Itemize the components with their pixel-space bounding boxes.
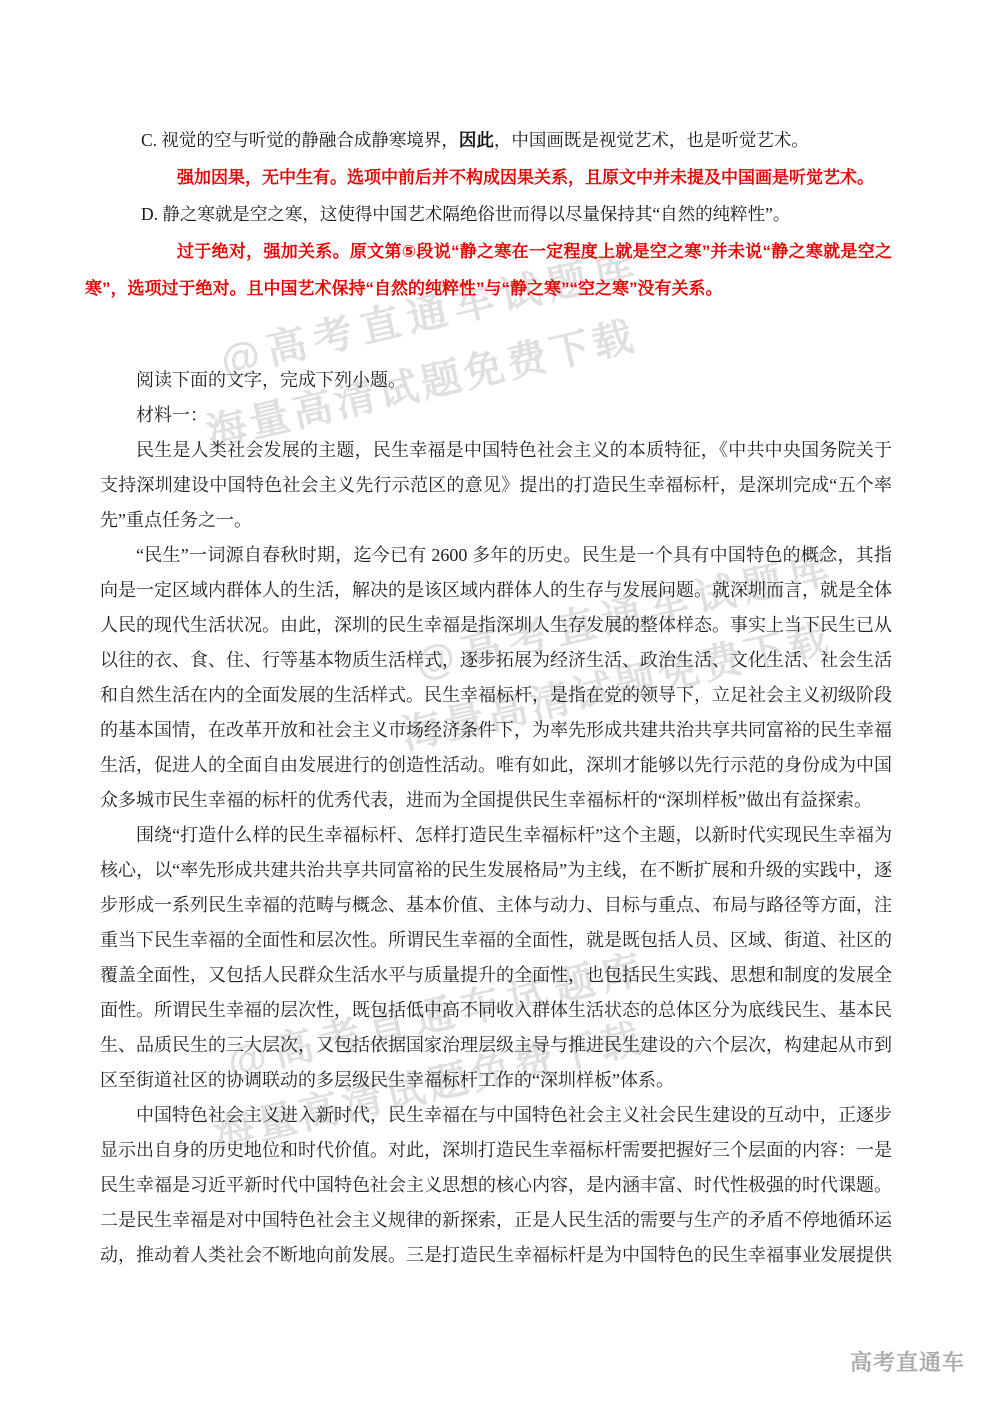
reading-instruction: 阅读下面的文字，完成下列小题。: [100, 363, 892, 398]
material-label: 材料一：: [100, 398, 892, 433]
footer-logo: 高考直通车: [850, 1346, 965, 1377]
option-d: D. 静之寒就是空之寒，这使得中国艺术隔绝俗世而得以尽量保持其“自然的纯粹性”。: [141, 196, 892, 233]
document-content: C. 视觉的空与听觉的静融合成静寒境界，因此，中国画既是视觉艺术，也是听觉艺术。…: [85, 122, 892, 1273]
option-c-text-after: ，中国画既是视觉艺术，也是听觉艺术。: [494, 130, 809, 150]
option-c-text-before: C. 视觉的空与听觉的静融合成静寒境界，: [141, 130, 459, 150]
exam-page: @高考直通车试题库 海量高清试题免费下载 @高考直通车试题库 海量高清试题免费下…: [0, 0, 992, 1403]
option-c-emphasis: 因此: [459, 130, 494, 150]
material-paragraph: 围绕“打造什么样的民生幸福标杆、怎样打造民生幸福标杆”这个主题，以新时代实现民生…: [100, 818, 892, 1098]
material-paragraph: 民生是人类社会发展的主题，民生幸福是中国特色社会主义的本质特征，《中共中央国务院…: [100, 433, 892, 538]
material-paragraph: “民生”一词源自春秋时期，迄今已有 2600 多年的历史。民生是一个具有中国特色…: [100, 538, 892, 818]
material-paragraphs: 民生是人类社会发展的主题，民生幸福是中国特色社会主义的本质特征，《中共中央国务院…: [85, 433, 892, 1273]
annotation-c: 强加因果，无中生有。选项中前后并不构成因果关系，且原文中并未提及中国画是听觉艺术…: [177, 159, 892, 196]
option-c: C. 视觉的空与听觉的静融合成静寒境界，因此，中国画既是视觉艺术，也是听觉艺术。: [141, 122, 892, 159]
material-paragraph: 中国特色社会主义进入新时代，民生幸福在与中国特色社会主义社会民生建设的互动中，正…: [100, 1098, 892, 1273]
annotation-d: 过于绝对，强加关系。原文第⑤段说“静之寒在一定程度上就是空之寒”并未说“静之寒就…: [85, 233, 892, 307]
